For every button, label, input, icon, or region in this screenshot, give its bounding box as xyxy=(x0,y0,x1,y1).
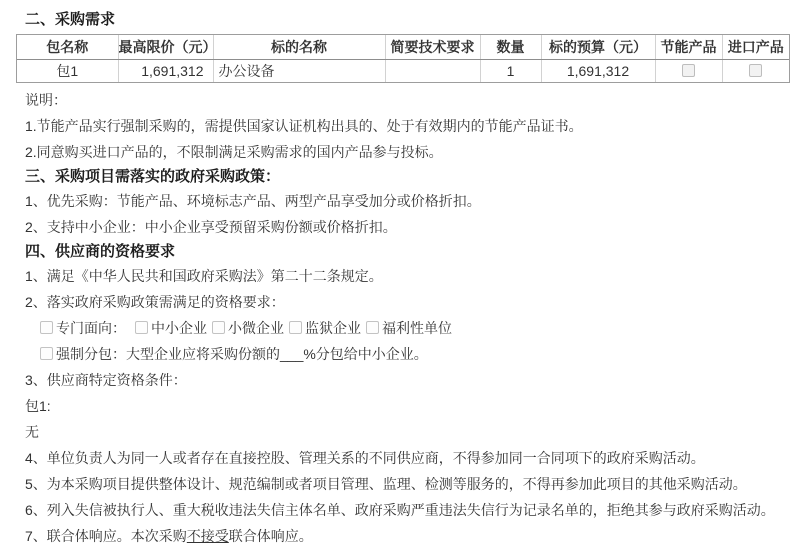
qualification-item-service-conflict: 5、为本采购项目提供整体设计、规范编制或者项目管理、监理、检测等服务的，不得再参… xyxy=(25,474,790,494)
section-policy-title: 三、采购项目需落实的政府采购政策： xyxy=(25,168,790,185)
procurement-notice-document: 二、采购需求 包名称 最高限价（元） 标的名称 简要技术要求 数量 标的预算（元… xyxy=(0,0,800,545)
cell-quantity: 1 xyxy=(480,60,541,83)
cell-budget: 1,691,312 xyxy=(541,60,655,83)
cell-package-name: 包1 xyxy=(17,60,118,83)
dedicated-option-sme: 中小企业 xyxy=(135,320,207,336)
qualification-item-specific: 3、供应商特定资格条件： xyxy=(25,370,790,390)
dedicated-line: 专门面向：中小企业小微企业监狱企业福利性单位 xyxy=(40,318,790,338)
col-header-quantity: 数量 xyxy=(480,35,541,60)
cell-max-price: 1,691,312 xyxy=(118,60,213,83)
welfare-unit-checkbox-icon xyxy=(366,321,379,334)
cell-energy-saving xyxy=(655,60,722,83)
table-row: 包1 1,691,312 办公设备 1 1,691,312 xyxy=(17,60,789,83)
section-procurement-title: 二、采购需求 xyxy=(25,11,790,28)
policy-item-sme-support: 2、支持中小企业：中小企业享受预留采购份额或价格折扣。 xyxy=(25,217,790,237)
cell-imported xyxy=(722,60,789,83)
note-energy-certificate: 1.节能产品实行强制采购的，需提供国家认证机构出具的、处于有效期内的节能产品证书… xyxy=(25,116,790,136)
col-header-package-name: 包名称 xyxy=(17,35,118,60)
subcontract-blank: ___ xyxy=(280,346,303,362)
micro-enterprise-checkbox-icon xyxy=(212,321,225,334)
cell-subject-name: 办公设备 xyxy=(213,60,385,83)
sme-checkbox-icon xyxy=(135,321,148,334)
prison-enterprise-checkbox-icon xyxy=(289,321,302,334)
procurement-table-wrapper: 包名称 最高限价（元） 标的名称 简要技术要求 数量 标的预算（元） 节能产品 … xyxy=(16,34,790,83)
subcontract-line: 强制分包：大型企业应将采购份额的___%分包给中小企业。 xyxy=(40,344,790,364)
energy-saving-checkbox-icon xyxy=(682,64,695,77)
dedicated-option-welfare: 福利性单位 xyxy=(366,320,452,336)
dedicated-option-prison: 监狱企业 xyxy=(289,320,361,336)
section-qualification-title: 四、供应商的资格要求 xyxy=(25,243,790,260)
option-label: 中小企业 xyxy=(151,320,207,336)
qualification-item-policy: 2、落实政府采购政策需满足的资格要求： xyxy=(25,292,790,312)
notes-label: 说明： xyxy=(25,90,790,110)
dedicated-checkbox-icon xyxy=(40,321,53,334)
option-label: 监狱企业 xyxy=(305,320,361,336)
subcontract-text: 大型企业应将采购份额的 xyxy=(126,346,280,362)
qualification-item-blacklist: 6、列入失信被执行人、重大税收违法失信主体名单、政府采购严重违法失信行为记录名单… xyxy=(25,500,790,520)
option-label: 小微企业 xyxy=(228,320,284,336)
consortium-prefix: 7、联合体响应。本次采购 xyxy=(25,528,187,544)
consortium-suffix: 联合体响应。 xyxy=(229,528,313,544)
imported-product-checkbox-icon xyxy=(749,64,762,77)
col-header-budget: 标的预算（元） xyxy=(541,35,655,60)
package-label: 包1: xyxy=(25,396,790,416)
subcontract-suffix: %分包给中小企业。 xyxy=(303,346,427,362)
qualification-item-consortium: 7、联合体响应。本次采购不接受联合体响应。 xyxy=(25,526,790,545)
policy-item-priority: 1、优先采购：节能产品、环境标志产品、两型产品享受加分或价格折扣。 xyxy=(25,191,790,211)
subcontract-label: 强制分包： xyxy=(56,346,126,362)
subcontract-checkbox-icon xyxy=(40,347,53,360)
dedicated-option-micro: 小微企业 xyxy=(212,320,284,336)
cell-tech-requirements xyxy=(385,60,480,83)
table-header-row: 包名称 最高限价（元） 标的名称 简要技术要求 数量 标的预算（元） 节能产品 … xyxy=(17,35,789,60)
note-imported-products: 2.同意购买进口产品的，不限制满足采购需求的国内产品参与投标。 xyxy=(25,142,790,162)
dedicated-label: 专门面向： xyxy=(56,320,126,336)
col-header-subject-name: 标的名称 xyxy=(213,35,385,60)
qualification-item-same-person: 4、单位负责人为同一人或者存在直接控股、管理关系的不同供应商，不得参加同一合同项… xyxy=(25,448,790,468)
col-header-tech-requirements: 简要技术要求 xyxy=(385,35,480,60)
procurement-table: 包名称 最高限价（元） 标的名称 简要技术要求 数量 标的预算（元） 节能产品 … xyxy=(17,35,789,82)
package-specific-value: 无 xyxy=(25,422,790,442)
col-header-imported: 进口产品 xyxy=(722,35,789,60)
col-header-max-price: 最高限价（元） xyxy=(118,35,213,60)
option-label: 福利性单位 xyxy=(382,320,452,336)
qualification-item-law: 1、满足《中华人民共和国政府采购法》第二十二条规定。 xyxy=(25,266,790,286)
col-header-energy-saving: 节能产品 xyxy=(655,35,722,60)
consortium-not-accepted: 不接受 xyxy=(187,528,229,544)
